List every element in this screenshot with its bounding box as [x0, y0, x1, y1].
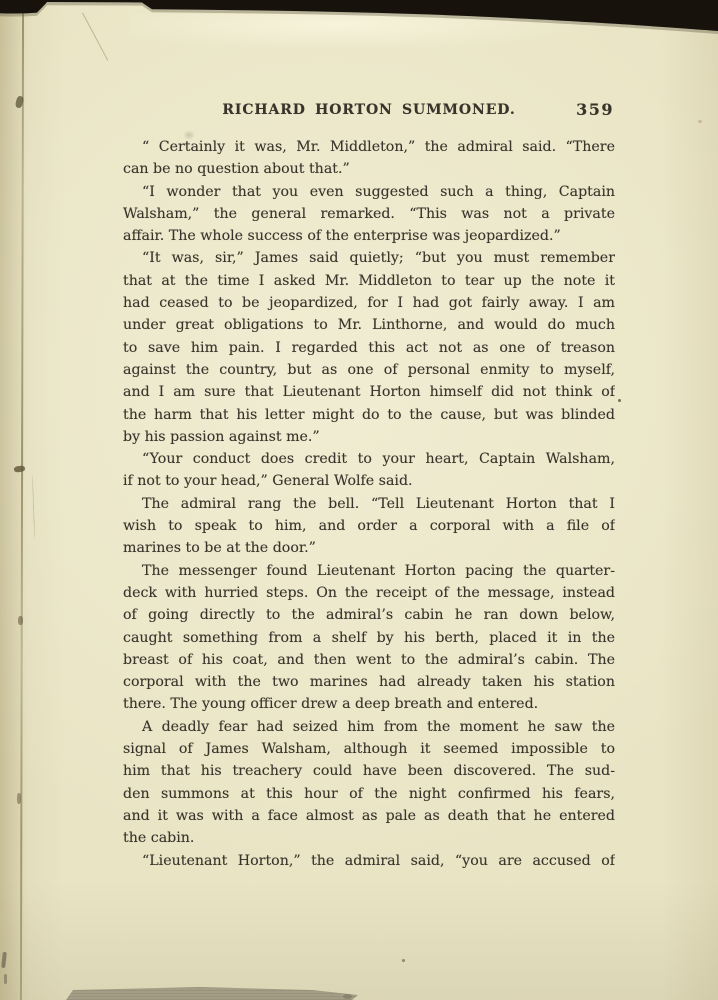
print-artifact-dot	[402, 959, 405, 962]
text-line: can be no question about that.”	[123, 158, 615, 180]
text-line: Walsham,” the general remarked. “This wa…	[123, 203, 615, 225]
paper-speck	[698, 120, 702, 123]
paragraph: “ Certainly it was, Mr. Middleton,” the …	[123, 136, 615, 181]
text-line: and I am sure that Lieutenant Horton him…	[123, 381, 615, 403]
page-edge-shadow-blob	[343, 994, 352, 999]
text-line: wish to speak to him, and order a corpor…	[123, 515, 615, 537]
left-margin-shading	[0, 0, 21, 1000]
text-line: A deadly fear had seized him from the mo…	[123, 716, 615, 738]
scanned-book-page: { "document": { "colors": { "paper": "#e…	[0, 0, 718, 1000]
text-line: caught something from a shelf by his ber…	[123, 627, 615, 649]
text-line: against the country, but as one of perso…	[123, 359, 615, 381]
text-line: if not to your head,” General Wolfe said…	[123, 470, 615, 492]
text-line: signal of James Walsham, although it see…	[123, 738, 615, 760]
paragraph: “I wonder that you even suggested such a…	[123, 181, 615, 248]
text-line: under great obligations to Mr. Linthorne…	[123, 314, 615, 336]
text-line: marines to be at the door.”	[123, 537, 615, 559]
text-line: The messenger found Lieutenant Horton pa…	[123, 560, 615, 582]
text-line: deck with hurried steps. On the receipt …	[123, 582, 615, 604]
text-line: “I wonder that you even suggested such a…	[123, 181, 615, 203]
text-line: corporal with the two marines had alread…	[123, 671, 615, 693]
text-line: had ceased to be jeopardized, for I had …	[123, 292, 615, 314]
text-line: of going directly to the admiral’s cabin…	[123, 604, 615, 626]
print-artifact-dot	[618, 399, 621, 402]
crease-notch	[17, 793, 21, 804]
book-top-edge-band	[0, 0, 718, 40]
paragraph: “Your conduct does credit to your heart,…	[123, 448, 615, 493]
text-line: den summons at this hour of the night co…	[123, 783, 615, 805]
paragraph: The admiral rang the bell. “Tell Lieuten…	[123, 493, 615, 560]
text-line: breast of his coat, and then went to the…	[123, 649, 615, 671]
text-line: and it was with a face almost as pale as…	[123, 805, 615, 827]
paragraph: A deadly fear had seized him from the mo…	[123, 716, 615, 850]
text-line: him that his treachery could have been d…	[123, 760, 615, 782]
text-line: “Your conduct does credit to your heart,…	[123, 448, 615, 470]
crease-notch	[18, 616, 23, 625]
running-title: RICHARD HORTON SUMMONED.	[123, 102, 615, 118]
paragraph: “Lieutenant Horton,” the admiral said, “…	[123, 850, 615, 872]
text-line: that at the time I asked Mr. Middleton t…	[123, 270, 615, 292]
text-line: there. The young officer drew a deep bre…	[123, 693, 615, 715]
left-edge-mark	[4, 974, 7, 984]
text-line: “ Certainly it was, Mr. Middleton,” the …	[123, 136, 615, 158]
paragraph: The messenger found Lieutenant Horton pa…	[123, 560, 615, 716]
text-line: the cabin.	[123, 827, 615, 849]
page-number: 359	[576, 100, 614, 119]
text-line: “It was, sir,” James said quietly; “but …	[123, 247, 615, 269]
text-line: The admiral rang the bell. “Tell Lieuten…	[123, 493, 615, 515]
text-line: to save him pain. I regarded this act no…	[123, 337, 615, 359]
running-header: RICHARD HORTON SUMMONED. 359	[123, 102, 615, 122]
text-line: affair. The whole success of the enterpr…	[123, 225, 615, 247]
text-line: the harm that his letter might do to the…	[123, 404, 615, 426]
paragraph: “It was, sir,” James said quietly; “but …	[123, 247, 615, 448]
text-line: “Lieutenant Horton,” the admiral said, “…	[123, 850, 615, 872]
paper-smudge	[183, 130, 195, 140]
text-line: by his passion against me.”	[123, 426, 615, 448]
page-body-text: “ Certainly it was, Mr. Middleton,” the …	[123, 136, 615, 872]
